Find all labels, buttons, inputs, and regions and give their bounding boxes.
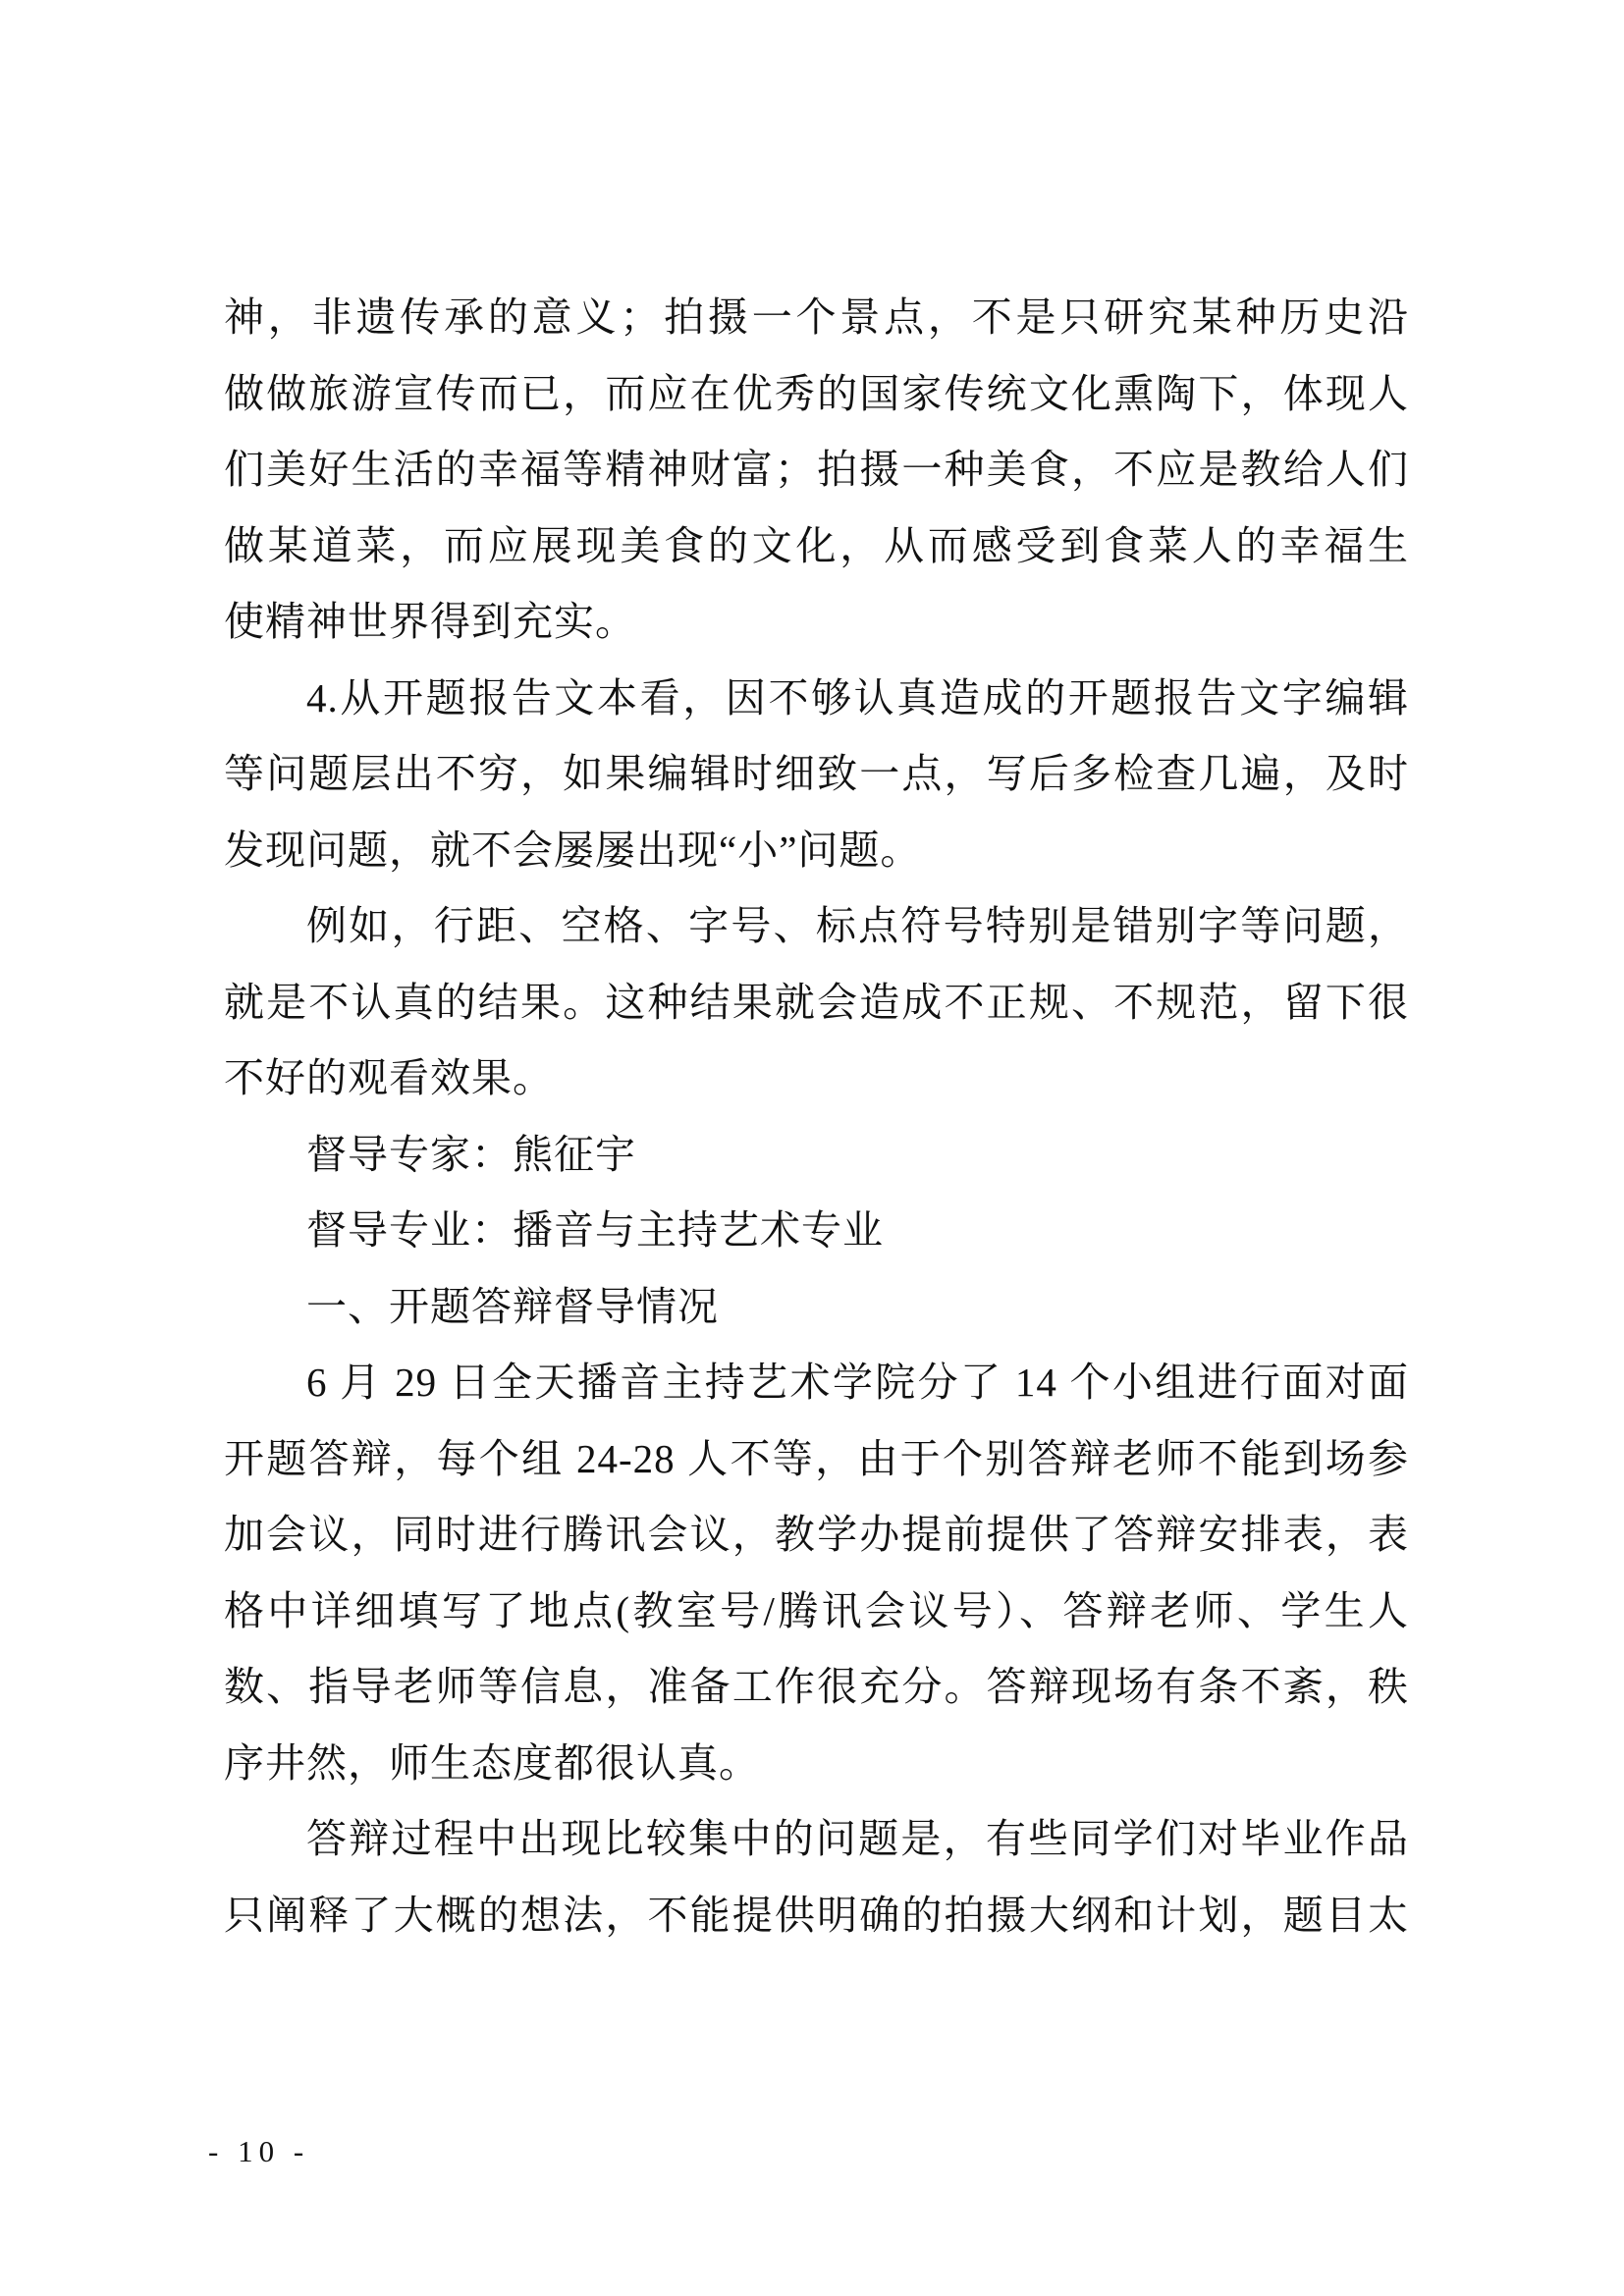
text-line: 开题答辩，每个组 24-28 人不等，由于个别答辩老师不能到场参 xyxy=(224,1421,1409,1498)
text-line: 只阐释了大概的想法，不能提供明确的拍摄大纲和计划，题目太 xyxy=(224,1878,1409,1954)
text-line: 序井然，师生态度都很认真。 xyxy=(224,1726,1409,1802)
document-page: 神，非遗传承的意义；拍摄一个景点，不是只研究某种历史沿革，做做旅游宣传而已，而应… xyxy=(0,0,1624,2296)
text-line: 做做旅游宣传而已，而应在优秀的国家传统文化熏陶下，体现人 xyxy=(224,356,1409,433)
text-line: 4.从开题报告文本看，因不够认真造成的开题报告文字编辑 xyxy=(224,661,1409,737)
text-line: 格中详细填写了地点(教室号/腾讯会议号）、答辩老师、学生人 xyxy=(224,1574,1409,1650)
text-line: 使精神世界得到充实。 xyxy=(224,584,1409,661)
text-line: 神，非遗传承的意义；拍摄一个景点，不是只研究某种历史沿革， xyxy=(224,280,1409,356)
text-line: 等问题层出不穷，如果编辑时细致一点，写后多检查几遍，及时 xyxy=(224,736,1409,813)
text-line: 就是不认真的结果。这种结果就会造成不正规、不规范，留下很 xyxy=(224,965,1409,1041)
document-body: 神，非遗传承的意义；拍摄一个景点，不是只研究某种历史沿革，做做旅游宣传而已，而应… xyxy=(224,280,1409,1953)
text-line: 们美好生活的幸福等精神财富；拍摄一种美食，不应是教给人们 xyxy=(224,432,1409,508)
text-line: 不好的观看效果。 xyxy=(224,1041,1409,1117)
page-number: - 10 - xyxy=(208,2134,309,2168)
text-line: 发现问题，就不会屡屡出现“小”问题。 xyxy=(224,813,1409,889)
text-line: 一、开题答辩督导情况 xyxy=(224,1269,1409,1346)
text-line: 例如，行距、空格、字号、标点符号特别是错别字等问题， xyxy=(224,888,1409,965)
text-line: 答辩过程中出现比较集中的问题是，有些同学们对毕业作品 xyxy=(224,1801,1409,1878)
text-line: 做某道菜，而应展现美食的文化，从而感受到食菜人的幸福生活， xyxy=(224,508,1409,585)
text-line: 督导专业：播音与主持艺术专业 xyxy=(224,1193,1409,1269)
text-line: 督导专家：熊征宇 xyxy=(224,1117,1409,1194)
page-footer: - 10 - xyxy=(208,2132,309,2171)
text-line: 加会议，同时进行腾讯会议，教学办提前提供了答辩安排表，表 xyxy=(224,1497,1409,1574)
text-line: 6 月 29 日全天播音主持艺术学院分了 14 个小组进行面对面 xyxy=(224,1345,1409,1421)
text-line: 数、指导老师等信息，准备工作很充分。答辩现场有条不紊，秩 xyxy=(224,1649,1409,1726)
